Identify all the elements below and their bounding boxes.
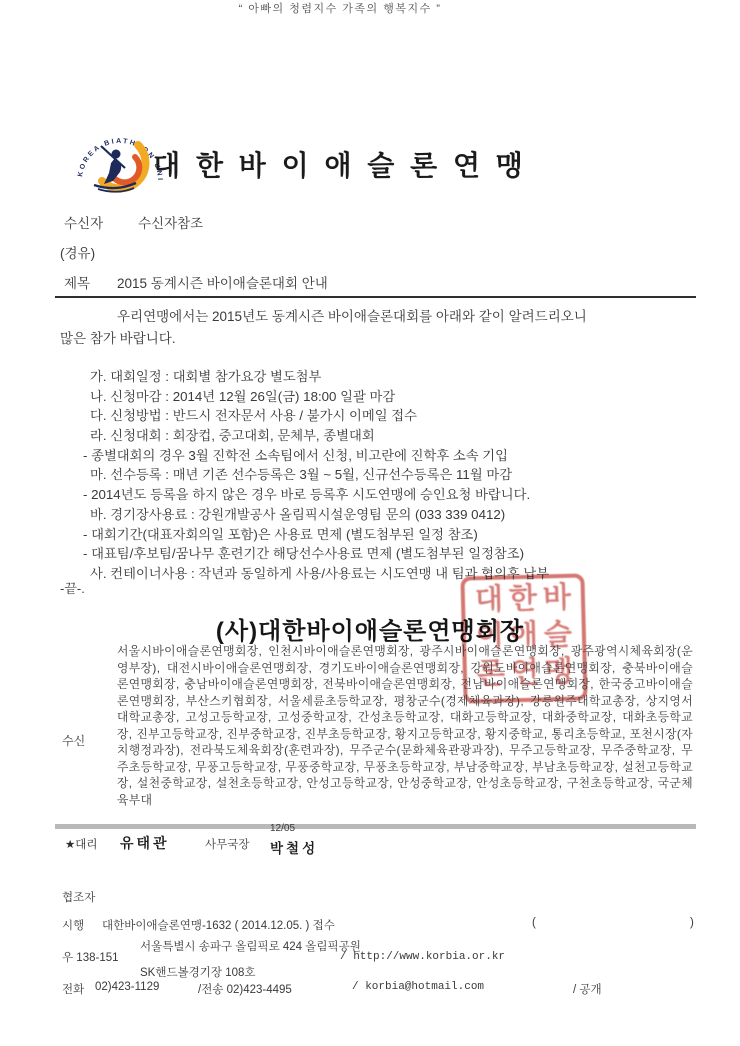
end-of-document-mark: -끝-.	[60, 578, 85, 597]
notice-item: 다. 신청방법 : 반드시 전자문서 사용 / 불가시 이메일 접수	[90, 406, 710, 426]
notice-item: 바. 경기장사용료 : 강원개발공사 올림픽시설운영팀 문의 (033 339 …	[90, 505, 710, 525]
execution-paren-open: (	[532, 917, 536, 929]
phone-number: 02)423-1129	[95, 981, 159, 993]
approver-name: 유태관	[120, 833, 170, 853]
secretary-role: 사무국장	[205, 836, 249, 852]
notice-item: 나. 신청마감 : 2014년 12월 26일(금) 18:00 일괄 마감	[90, 387, 710, 407]
intro-paragraph: 우리연맹에서는 2015년도 동계시즌 바이애슬론대회를 아래와 같이 알려드리…	[60, 306, 696, 350]
notice-item: 라. 신청대회 : 회장컵, 중고대회, 문체부, 종별대회	[90, 426, 710, 446]
execution-value: 대한바이애슬론연맹-1632 ( 2014.12.05. ) 접수	[102, 917, 335, 933]
fax-number: /전송 02)423-4495	[198, 981, 292, 997]
notice-subitem: - 대회기간(대표자회의일 포함)은 사용료 면제 (별도첨부된 일정 참조)	[83, 525, 710, 545]
subject-divider	[55, 296, 696, 298]
notice-subitem: - 2014년도 등록을 하지 않은 경우 바로 등록후 시도연맹에 승인요청 …	[83, 485, 710, 505]
document-page: “ 아빠의 청렴지수 가족의 행복지수 ” KOREA BIATHLON UNI…	[0, 0, 740, 1046]
email-address: / korbia@hotmail.com	[352, 981, 484, 993]
execution-label: 시행	[62, 917, 84, 933]
execution-paren-close: )	[690, 917, 694, 929]
disclosure-status: / 공개	[573, 981, 602, 997]
approval-star-role: ★대리	[65, 836, 98, 852]
phone-label: 전화	[62, 981, 84, 997]
header-slogan: “ 아빠의 청렴지수 가족의 행복지수 ”	[0, 0, 680, 16]
section-divider-band	[55, 824, 696, 829]
notice-subitem: - 대표팀/후보팀/꿈나무 훈련기간 해당선수사용료 면제 (별도첨부된 일정참…	[83, 544, 710, 564]
approval-date: 12/05	[270, 823, 295, 834]
address-line-1: 서울특별시 송파구 올림픽로 424 올림픽공원	[140, 938, 361, 954]
notice-item: 가. 대회일정 : 대회별 참가요강 별도첨부	[90, 367, 710, 387]
notice-list: 가. 대회일정 : 대회별 참가요강 별도첨부 나. 신청마감 : 2014년 …	[90, 367, 710, 584]
subject-value: 2015 동계시즌 바이애슬론대회 안내	[117, 272, 328, 292]
subject-label: 제목	[64, 272, 90, 292]
notice-subitem: - 종별대회의 경우 3월 진학전 소속팀에서 신청, 비고란에 진학후 소속 …	[83, 446, 710, 466]
intro-line-2: 많은 참가 바랍니다.	[60, 328, 696, 350]
recipient-label: 수신자	[64, 212, 103, 232]
notice-item: 사. 컨테이너사용 : 작년과 동일하게 사용/사용료는 시도연맹 내 팀과 협…	[90, 564, 710, 584]
notice-item: 마. 선수등록 : 매년 기존 선수등록은 3월 ~ 5월, 신규선수등록은 1…	[90, 465, 710, 485]
website-url: / http://www.korbia.or.kr	[340, 951, 505, 963]
secretary-name: 박철성	[270, 837, 318, 857]
address-line-2: SK핸드볼경기장 108호	[140, 964, 256, 980]
cooperator-label: 협조자	[62, 889, 95, 905]
recipients-label: 수신	[62, 732, 85, 749]
chairman-signature-title: (사)대한바이애슬론연맹회장	[0, 611, 740, 646]
intro-line-1: 우리연맹에서는 2015년도 동계시즌 바이애슬론대회를 아래와 같이 알려드리…	[60, 306, 696, 328]
recipient-value: 수신자참조	[138, 212, 203, 232]
via-label: (경유)	[60, 242, 95, 262]
recipients-list: 서울시바이애슬론연맹회장, 인천시바이애슬론연맹회장, 광주시바이애슬론연맹회장…	[117, 643, 693, 808]
seal-row: 대한바	[465, 580, 582, 620]
postal-code: 우 138-151	[62, 949, 119, 965]
org-title: 대 한 바 이 애 슬 론 연 맹	[0, 144, 680, 184]
